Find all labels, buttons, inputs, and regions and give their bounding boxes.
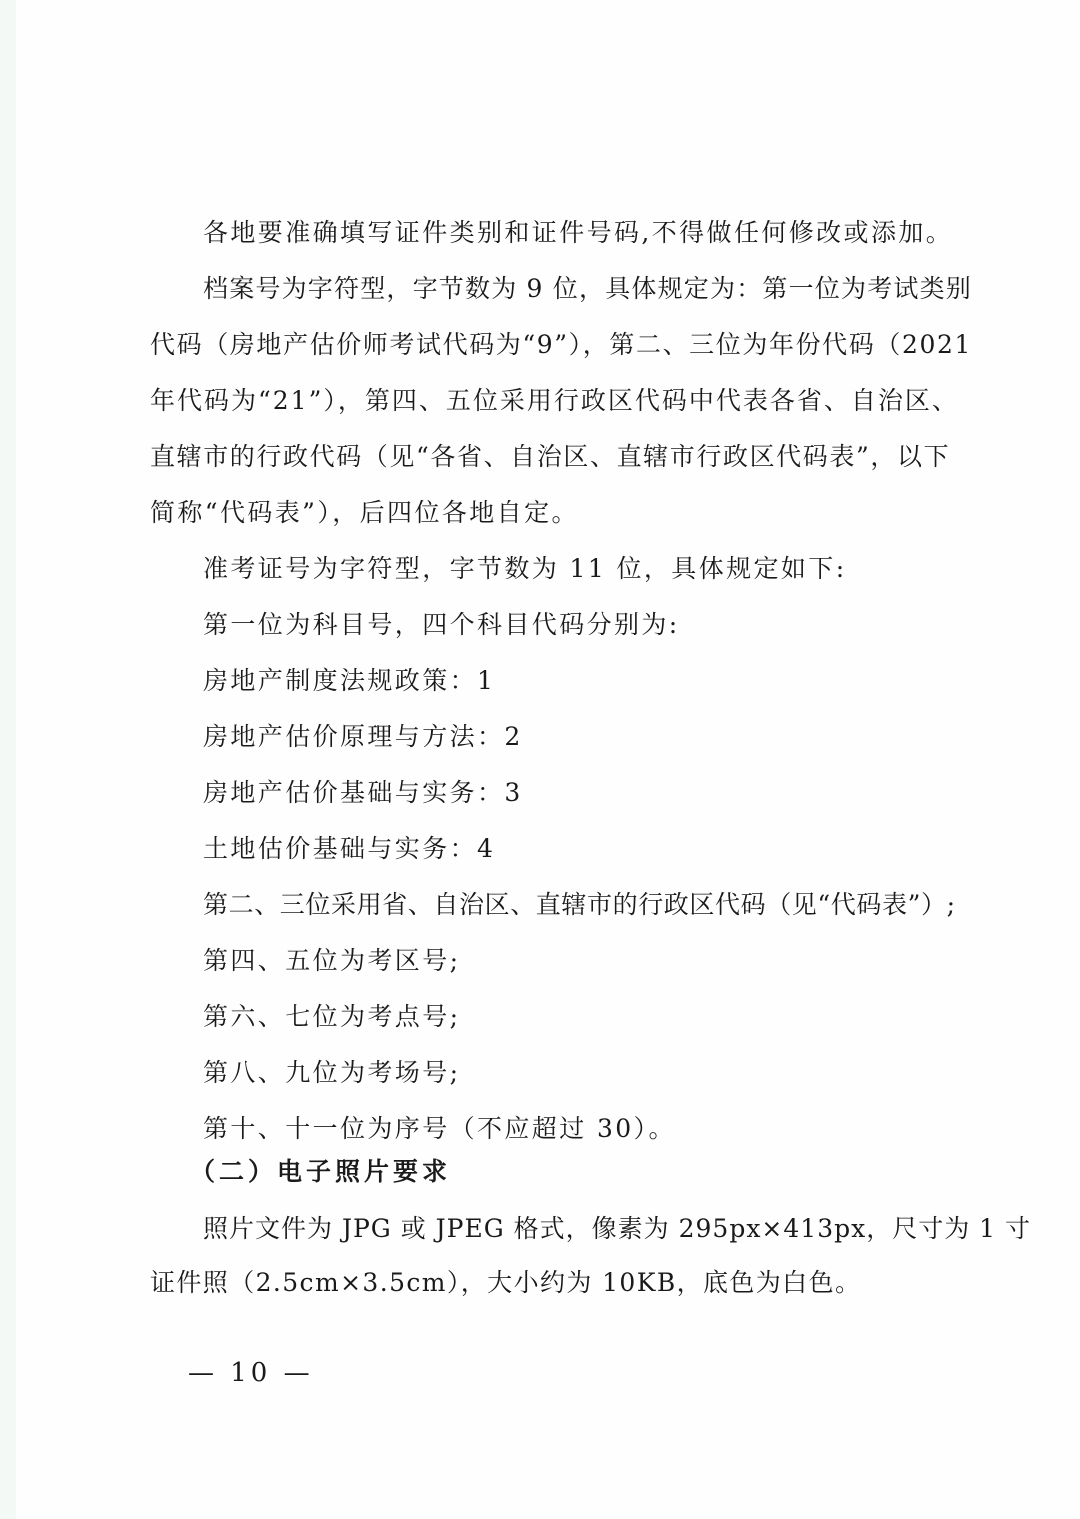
paragraph-admission-number: 准考证号为字符型，字节数为 11 位，具体规定如下: — [203, 552, 847, 586]
paragraph-archive-number-line-1: 档案号为字符型，字节数为 9 位，具体规定为：第一位为考试类别 — [203, 272, 972, 306]
digit-rule-8-9: 第八、九位为考场号; — [203, 1056, 460, 1090]
page-number: — 10 — — [188, 1358, 314, 1388]
subject-code-3: 房地产估价基础与实务：3 — [203, 776, 523, 810]
subject-code-1: 房地产制度法规政策：1 — [203, 664, 495, 698]
paragraph-first-digit: 第一位为科目号，四个科目代码分别为: — [203, 608, 680, 642]
paragraph-id-requirement: 各地要准确填写证件类别和证件号码,不得做任何修改或添加。 — [203, 216, 953, 250]
paragraph-archive-number-line-5: 简称“代码表”），后四位各地自定。 — [150, 496, 579, 530]
section-heading-photo: （二）电子照片要求 — [190, 1155, 451, 1189]
digit-rule-10-11: 第十、十一位为序号（不应超过 30）。 — [203, 1112, 676, 1146]
digit-rule-6-7: 第六、七位为考点号; — [203, 1000, 460, 1034]
digit-rule-2-3: 第二、三位采用省、自治区、直辖市的行政区代码（见“代码表”）; — [203, 888, 956, 922]
paragraph-archive-number-line-3: 年代码为“21”），第四、五位采用行政区代码中代表各省、自治区、 — [150, 384, 959, 418]
photo-requirement-line-2: 证件照（2.5cm×3.5cm），大小约为 10KB，底色为白色。 — [150, 1266, 861, 1300]
photo-requirement-line-1: 照片文件为 JPG 或 JPEG 格式，像素为 295px×413px，尺寸为 … — [203, 1212, 1031, 1246]
scan-edge — [0, 0, 16, 1519]
subject-code-2: 房地产估价原理与方法：2 — [203, 720, 523, 754]
subject-code-4: 土地估价基础与实务：4 — [203, 832, 495, 866]
paragraph-archive-number-line-2: 代码（房地产估价师考试代码为“9”），第二、三位为年份代码（2021 — [150, 328, 972, 362]
paragraph-archive-number-line-4: 直辖市的行政代码（见“各省、自治区、直辖市行政区代码表”，以下 — [150, 440, 950, 474]
digit-rule-4-5: 第四、五位为考区号; — [203, 944, 460, 978]
